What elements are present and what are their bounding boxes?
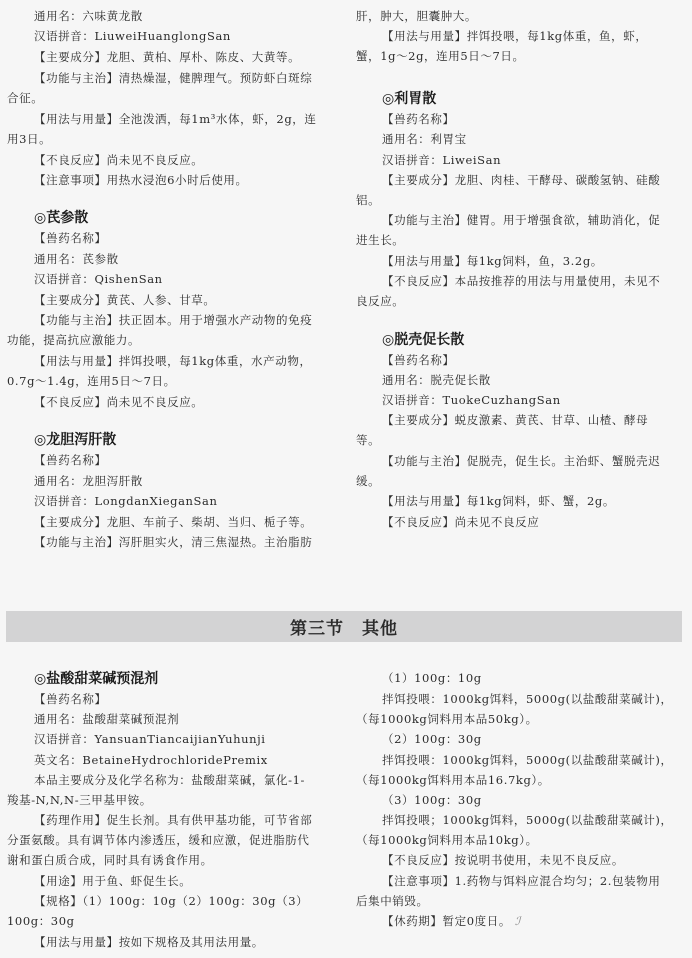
section-header-band: 第三节 其他 xyxy=(6,611,682,642)
drug-entry-title: ◎芪参散 xyxy=(34,207,88,227)
paragraph-line: 【不良反应】尚未见不良反应 xyxy=(382,512,539,532)
paragraph-line: 【不良反应】尚未见不良反应。 xyxy=(34,392,203,412)
drug-entry-title: ◎利胃散 xyxy=(382,88,436,108)
section-header-title: 第三节 其他 xyxy=(290,614,398,639)
paragraph-line: 羧基-N,N,N-三甲基甲铵。 xyxy=(7,790,152,810)
end-mark-icon: ℐ xyxy=(515,914,521,928)
paragraph-line: 拌饵投喂：1000kg饵料，5000g(以盐酸甜菜碱计)， xyxy=(382,750,673,770)
paragraph-line: 本品主要成分及化学名称为：盐酸甜菜碱，氯化-1- xyxy=(34,770,305,790)
paragraph-line: 100g：30g xyxy=(7,911,75,931)
paragraph-line: 【注意事项】用热水浸泡6小时后使用。 xyxy=(34,170,248,190)
paragraph-line: 【用法与用量】全池泼洒，每1m³水体，虾，2g，连 xyxy=(34,109,317,129)
paragraph-line: 【功能与主治】促脱壳，促生长。主治虾、蟹脱壳迟 xyxy=(382,451,660,471)
paragraph-line: （2）100g：30g xyxy=(382,729,482,749)
drug-entry-title: ◎盐酸甜菜碱预混剂 xyxy=(34,668,158,688)
paragraph-line: 【功能与主治】健胃。用于增强食欲，辅助消化，促 xyxy=(382,210,660,230)
paragraph-line: 用3日。 xyxy=(7,129,51,149)
paragraph-line: 【用法与用量】每1kg饲料，鱼，3.2g。 xyxy=(382,251,603,271)
paragraph-line: （每1000kg饲料用本品10kg）。 xyxy=(356,830,538,850)
paragraph-line: 【功能与主治】清热燥湿，健脾理气。预防虾白斑综 xyxy=(34,68,312,88)
paragraph-line: 蟹，1g～2g，连用5日～7日。 xyxy=(356,46,525,66)
paragraph-line: 分蛋氨酸。具有调节体内渗透压，缓和应激，促进脂肪代 xyxy=(7,830,310,850)
paragraph-line: 合征。 xyxy=(7,88,43,108)
paragraph-line: 0.7g～1.4g，连用5日～7日。 xyxy=(7,371,176,391)
paragraph-line: 【用法与用量】按如下规格及其用法用量。 xyxy=(34,932,264,952)
paragraph-line: 【主要成分】蜕皮激素、黄芪、甘草、山楂、酵母 xyxy=(382,410,648,430)
paragraph-line: 【兽药名称】 xyxy=(34,450,107,470)
paragraph-line: 通用名：龙胆泻肝散 xyxy=(34,471,143,491)
paragraph-line: 英文名：BetaineHydrochloridePremix xyxy=(34,750,268,770)
paragraph-line: 进生长。 xyxy=(356,230,404,250)
paragraph-line: 汉语拼音：QishenSan xyxy=(34,269,163,289)
paragraph-line: 【药理作用】促生长剂。具有供甲基功能，可节省部 xyxy=(34,810,312,830)
paragraph-line: 【功能与主治】泻肝胆实火，清三焦湿热。主治脂肪 xyxy=(34,532,312,552)
paragraph-line: 通用名：利胃宝 xyxy=(382,129,467,149)
paragraph-line: 【不良反应】尚未见不良反应。 xyxy=(34,150,203,170)
paragraph-line: 肝，肿大，胆囊肿大。 xyxy=(356,6,477,26)
paragraph-line: 等。 xyxy=(356,430,380,450)
paragraph-line: （每1000kg饲料用本品50kg）。 xyxy=(356,709,538,729)
paragraph-line: （3）100g：30g xyxy=(382,790,482,810)
paragraph-line: 【兽药名称】 xyxy=(382,109,455,129)
paragraph-line: 【功能与主治】扶正固本。用于增强水产动物的免疫 xyxy=(34,310,312,330)
paragraph-line: 通用名：盐酸甜菜碱预混剂 xyxy=(34,709,179,729)
paragraph-line: 【兽药名称】 xyxy=(34,228,107,248)
paragraph-line: 缓。 xyxy=(356,471,380,491)
paragraph-line: 【兽药名称】 xyxy=(382,350,455,370)
paragraph-line: 通用名：六味黄龙散 xyxy=(34,6,143,26)
paragraph-line: 良反应。 xyxy=(356,291,404,311)
paragraph-line: 【主要成分】龙胆、肉桂、干酵母、碳酸氢钠、硅酸 xyxy=(382,170,660,190)
paragraph-line: 汉语拼音：LiuweiHuanglongSan xyxy=(34,26,231,46)
paragraph-line: 谢和蛋白质合成，同时具有诱食作用。 xyxy=(7,850,213,870)
paragraph-line: 拌饵投喂；1000kg饵料，5000g(以盐酸甜菜碱计)， xyxy=(382,810,673,830)
paragraph-line: 【用法与用量】拌饵投喂，每1kg体重，水产动物， xyxy=(34,351,312,371)
paragraph-line: 后集中销毁。 xyxy=(356,891,429,911)
paragraph-line: 【主要成分】龙胆、车前子、柴胡、当归、栀子等。 xyxy=(34,512,312,532)
paragraph-line: 【用途】用于鱼、虾促生长。 xyxy=(34,871,191,891)
drug-entry-title: ◎龙胆泻肝散 xyxy=(34,429,116,449)
paragraph-line: 功能，提高抗应激能力。 xyxy=(7,330,140,350)
paragraph-line: 汉语拼音：LiweiSan xyxy=(382,150,501,170)
paragraph-line: （1）100g：10g xyxy=(382,668,482,688)
paragraph-line: 【不良反应】按说明书使用，未见不良反应。 xyxy=(382,850,624,870)
paragraph-line: 通用名：脱壳促长散 xyxy=(382,370,491,390)
paragraph-line: 汉语拼音：YansuanTiancaijianYuhunji xyxy=(34,729,266,749)
paragraph-line: 通用名：芪参散 xyxy=(34,249,119,269)
paragraph-line: 【规格】（1）100g：10g（2）100g：30g（3） xyxy=(34,891,308,911)
paragraph-line: 【不良反应】本品按推荐的用法与用量使用，未见不 xyxy=(382,271,660,291)
drug-entry-title: ◎脱壳促长散 xyxy=(382,329,464,349)
paragraph-line: 铝。 xyxy=(356,190,380,210)
paragraph-line: 【主要成分】黄芪、人参、甘草。 xyxy=(34,290,216,310)
paragraph-line: 汉语拼音：LongdanXieganSan xyxy=(34,491,218,511)
paragraph-line: 【休药期】暂定0度日。ℐ xyxy=(382,911,521,931)
paragraph-line: 汉语拼音：TuokeCuzhangSan xyxy=(382,390,561,410)
paragraph-line: 【用法与用量】拌饵投喂，每1kg体重，鱼，虾， xyxy=(382,26,647,46)
paragraph-line: 拌饵投喂：1000kg饵料，5000g(以盐酸甜菜碱计)， xyxy=(382,689,673,709)
paragraph-line: 【兽药名称】 xyxy=(34,689,107,709)
paragraph-line: 【主要成分】龙胆、黄柏、厚朴、陈皮、大黄等。 xyxy=(34,47,300,67)
paragraph-line: 【注意事项】1.药物与饵料应混合均匀；2.包装物用 xyxy=(382,871,660,891)
paragraph-line: 【用法与用量】每1kg饲料，虾、蟹，2g。 xyxy=(382,491,615,511)
paragraph-line: （每1000kg饵料用本品16.7kg）。 xyxy=(356,770,550,790)
